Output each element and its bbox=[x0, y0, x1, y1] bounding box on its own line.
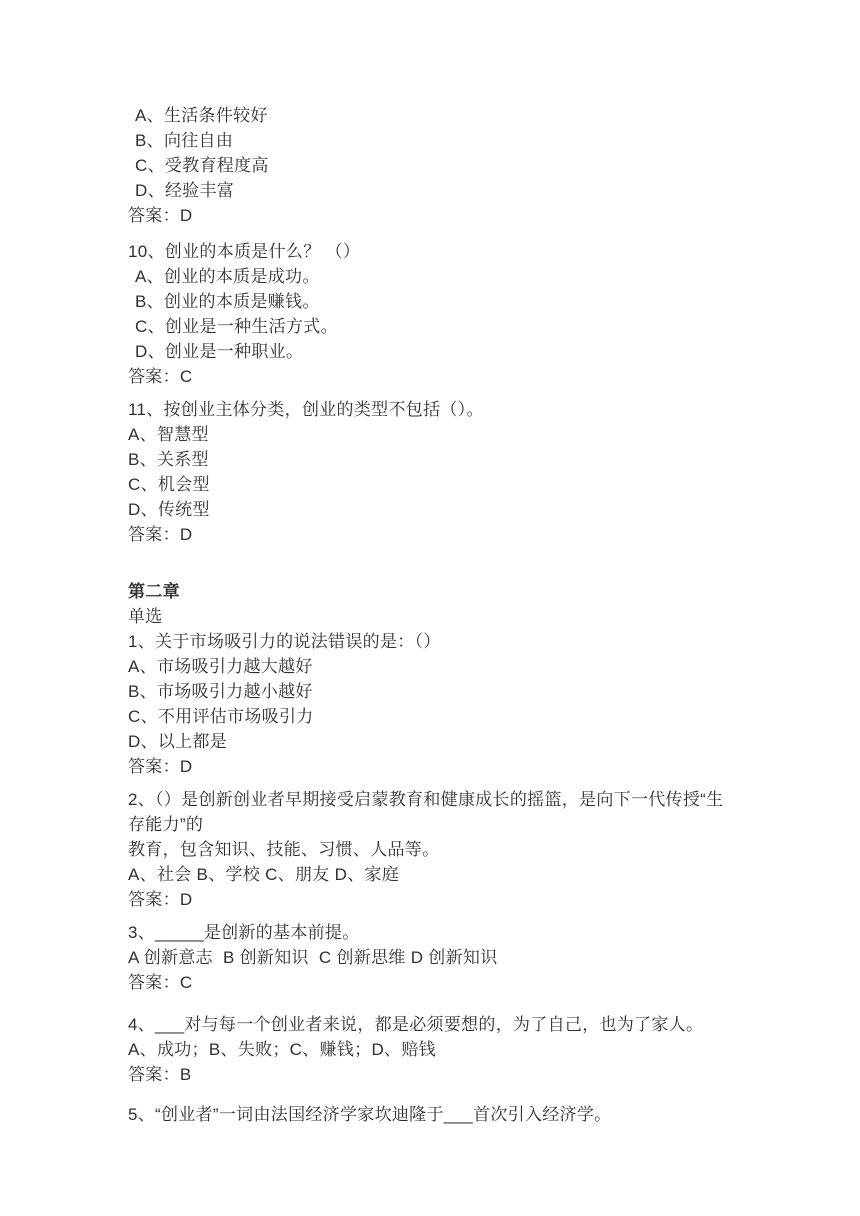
doc-line: D、创业是一种职业。 bbox=[128, 339, 740, 364]
doc-line: D、以上都是 bbox=[128, 729, 740, 754]
document-body: A、生活条件较好B、向往自由C、受教育程度高D、经验丰富答案：D10、创业的本质… bbox=[0, 0, 860, 1127]
block-ch1-q9-tail: A、生活条件较好B、向往自由C、受教育程度高D、经验丰富答案：D bbox=[128, 103, 740, 228]
doc-line: 3、_____是创新的基本前提。 bbox=[128, 920, 740, 945]
doc-line: D、传统型 bbox=[128, 497, 740, 522]
doc-line: B、向往自由 bbox=[128, 128, 740, 153]
doc-line: A、市场吸引力越大越好 bbox=[128, 654, 740, 679]
doc-line: 答案：D bbox=[128, 522, 740, 547]
doc-line: A、智慧型 bbox=[128, 422, 740, 447]
block-ch2-q4: 4、___对与每一个创业者来说，都是必须要想的，为了自己，也为了家人。A、成功；… bbox=[128, 1012, 740, 1087]
doc-line: B、关系型 bbox=[128, 447, 740, 472]
doc-line: 答案：D bbox=[128, 887, 740, 912]
doc-line: A、社会 B、学校 C、朋友 D、家庭 bbox=[128, 862, 740, 887]
block-ch2-q3: 3、_____是创新的基本前提。A 创新意志 B 创新知识 C 创新思维 D 创… bbox=[128, 920, 740, 995]
doc-line: 答案：D bbox=[128, 754, 740, 779]
block-ch2-header-q1: 第二章单选1、关于市场吸引力的说法错误的是：（）A、市场吸引力越大越好B、市场吸… bbox=[128, 579, 740, 779]
doc-line: 单选 bbox=[128, 604, 740, 629]
doc-line: B、市场吸引力越小越好 bbox=[128, 679, 740, 704]
block-ch2-q2: 2、（）是创新创业者早期接受启蒙教育和健康成长的摇篮，是向下一代传授“生存能力”… bbox=[128, 787, 740, 912]
doc-line: 11、按创业主体分类，创业的类型不包括（）。 bbox=[128, 397, 740, 422]
doc-line: 答案：D bbox=[128, 203, 740, 228]
doc-line: 10、创业的本质是什么？ （） bbox=[128, 239, 740, 264]
doc-line: D、经验丰富 bbox=[128, 178, 740, 203]
document-page: A、生活条件较好B、向往自由C、受教育程度高D、经验丰富答案：D10、创业的本质… bbox=[0, 0, 860, 1216]
doc-line: C、不用评估市场吸引力 bbox=[128, 704, 740, 729]
doc-line: A 创新意志 B 创新知识 C 创新思维 D 创新知识 bbox=[128, 945, 740, 970]
doc-line: C、机会型 bbox=[128, 472, 740, 497]
doc-line: 答案：C bbox=[128, 970, 740, 995]
doc-line: 5、“创业者”一词由法国经济学家坎迪隆于___首次引入经济学。 bbox=[128, 1102, 740, 1127]
doc-line: 4、___对与每一个创业者来说，都是必须要想的，为了自己，也为了家人。 bbox=[128, 1012, 740, 1037]
doc-line: A、创业的本质是成功。 bbox=[128, 264, 740, 289]
doc-line: 教育，包含知识、技能、习惯、人品等。 bbox=[128, 837, 740, 862]
doc-line: A、成功；B、失败；C、赚钱；D、赔钱 bbox=[128, 1037, 740, 1062]
doc-line: 第二章 bbox=[128, 579, 740, 604]
doc-line: C、创业是一种生活方式。 bbox=[128, 314, 740, 339]
doc-line: A、生活条件较好 bbox=[128, 103, 740, 128]
doc-line: C、受教育程度高 bbox=[128, 153, 740, 178]
doc-line: B、创业的本质是赚钱。 bbox=[128, 289, 740, 314]
doc-line: 答案：B bbox=[128, 1062, 740, 1087]
block-ch2-q5: 5、“创业者”一词由法国经济学家坎迪隆于___首次引入经济学。 bbox=[128, 1102, 740, 1127]
block-ch1-q10: 10、创业的本质是什么？ （）A、创业的本质是成功。B、创业的本质是赚钱。C、创… bbox=[128, 239, 740, 389]
doc-line: 答案：C bbox=[128, 364, 740, 389]
doc-line: 1、关于市场吸引力的说法错误的是：（） bbox=[128, 629, 740, 654]
block-ch1-q11: 11、按创业主体分类，创业的类型不包括（）。A、智慧型B、关系型C、机会型D、传… bbox=[128, 397, 740, 547]
doc-line: 2、（）是创新创业者早期接受启蒙教育和健康成长的摇篮，是向下一代传授“生存能力”… bbox=[128, 787, 740, 837]
